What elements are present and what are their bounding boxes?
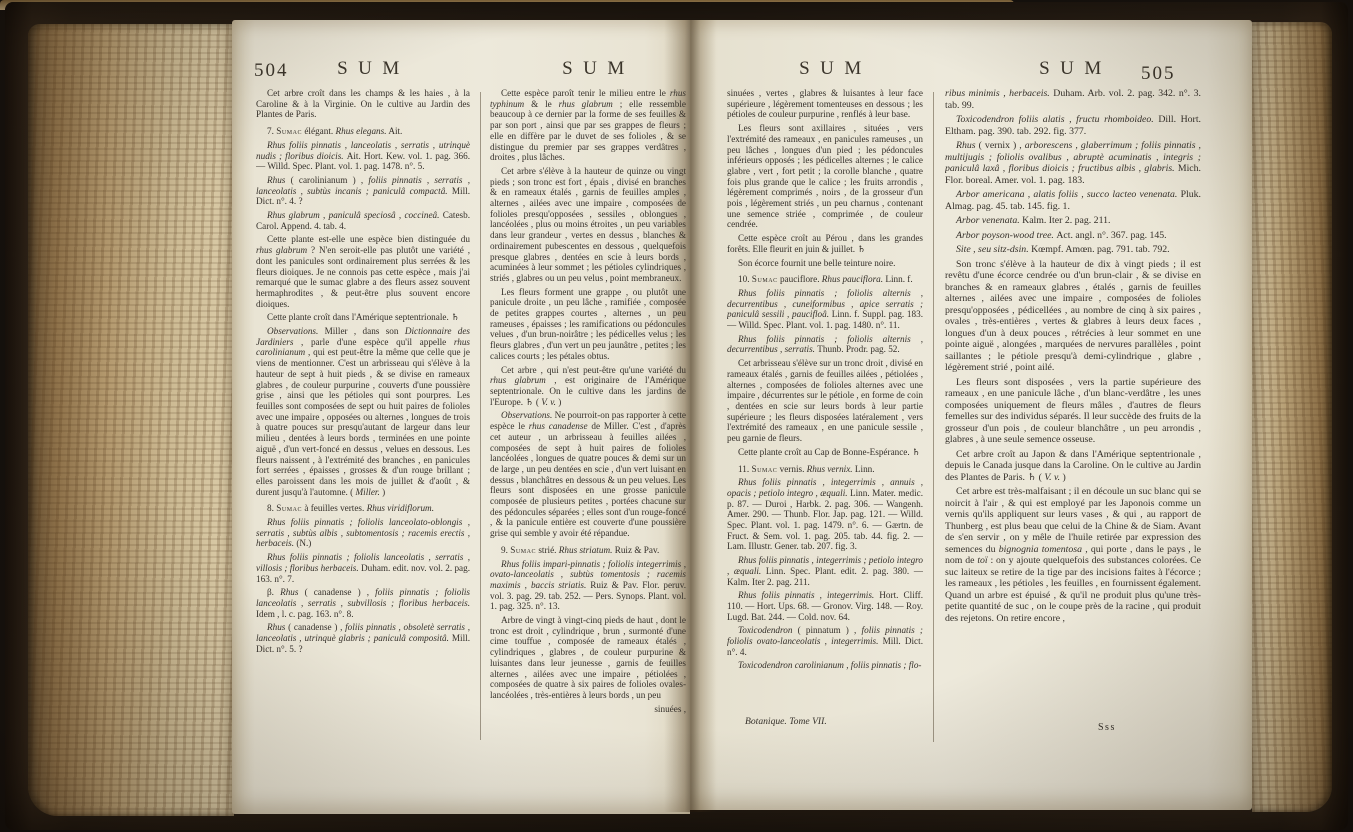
page-stack-left-fore-edge xyxy=(28,24,234,816)
text-run: Son écorce fournit une belle teinture no… xyxy=(738,258,895,268)
species-heading: 11. Sumac vernis. Rhus vernix. Linn. xyxy=(727,458,923,475)
text-run: ( pinnatum ) , xyxy=(798,625,862,635)
text-run: ( carolinianum ) , xyxy=(291,175,369,185)
text-run: , qui est peut-être la même que celle qu… xyxy=(256,347,470,496)
volume-footer: Botanique. Tome VII. xyxy=(745,716,827,727)
paragraph: Observations. Miller , dans son Dictionn… xyxy=(256,323,470,497)
gathering-signature: Sss xyxy=(1098,722,1116,733)
paragraph: Observations. Ne pourroit-on pas rapport… xyxy=(490,407,686,538)
text-run: Arbor poyson-wood tree. xyxy=(956,230,1056,241)
text-run: V. v. xyxy=(1044,472,1060,483)
running-head: SUM xyxy=(490,58,696,80)
paragraph: Son écorce fournit une belle teinture no… xyxy=(727,255,923,269)
text-run: 9. xyxy=(501,545,510,555)
text-run: Les fleurs forment une grappe , ou plutô… xyxy=(490,287,686,361)
text-run: Cette plante croît au Cap de Bonne-Espér… xyxy=(738,447,920,457)
paragraph: Les fleurs sont axillaires , situées , v… xyxy=(727,120,923,230)
text-run: Toxicodendron carolinianum , foliis pinn… xyxy=(738,660,922,670)
paragraph: Cet arbre est très-malfaisant ; il en dé… xyxy=(945,483,1201,624)
text-run: Arbor venenata. xyxy=(956,215,1022,226)
paragraph: Rhus ( vernix ) , arborescens , glaberri… xyxy=(945,137,1201,186)
text-run: Cet arbre s'élève à la hauteur de quinze… xyxy=(490,166,686,283)
paragraph: Cet arbre croît dans les champs & les ha… xyxy=(256,88,470,120)
text-run: Rhus vernix. xyxy=(807,464,853,474)
text-run: pauciflore. xyxy=(778,274,822,284)
species-heading: 7. Sumac élégant. Rhus elegans. Ait. xyxy=(256,120,470,137)
text-run: V. v. xyxy=(541,397,556,407)
text-run: Kalm. Iter 2. pag. 211. xyxy=(1022,215,1110,226)
text-run: Toxicodendron xyxy=(738,625,798,635)
paragraph: sinuées , vertes , glabres & luisantes à… xyxy=(727,88,923,120)
paragraph: Les fleurs sont disposées , vers la part… xyxy=(945,374,1201,446)
text-run: Linn. xyxy=(853,464,875,474)
text-run: Rhus striatum. xyxy=(559,545,613,555)
paragraph: Rhus foliis pinnatis , integerrimis. Hor… xyxy=(727,587,923,622)
paragraph: Rhus glabrum , paniculâ speciosâ , cocci… xyxy=(256,207,470,231)
text-run: Arbre de vingt à vingt-cinq pieds de hau… xyxy=(490,615,686,700)
text-run: Cet arbre croît dans les champs & les ha… xyxy=(256,88,470,119)
text-run: Ait. xyxy=(387,126,403,136)
text-run: à feuilles vertes. xyxy=(302,503,367,513)
text-run: 11. xyxy=(738,464,751,474)
paragraph: Toxicodendron carolinianum , foliis pinn… xyxy=(727,657,923,671)
text-run: Sumac xyxy=(751,464,777,474)
running-head: SUM xyxy=(727,58,933,80)
text-run: Les fleurs sont axillaires , situées , v… xyxy=(727,123,923,229)
paragraph: Arbor poyson-wood tree. Act. angl. n°. 3… xyxy=(945,227,1201,242)
text-run: Toxicodendron foliis alatis , fructu rho… xyxy=(956,114,1158,125)
text-run: , parle d'une espèce qu'il appelle xyxy=(293,337,453,347)
paragraph: Les fleurs forment une grappe , ou plutô… xyxy=(490,284,686,362)
text-run: 7. xyxy=(267,126,276,136)
text-run: Act. angl. n°. 367. pag. 145. xyxy=(1056,230,1166,241)
text-run: (N.) xyxy=(296,538,311,548)
text-run: strié. xyxy=(536,545,559,555)
text-run: de Miller. C'est , d'après cet auteur , … xyxy=(490,421,686,538)
paragraph: ribus minimis , herbaceis. Duham. Arb. v… xyxy=(945,88,1201,111)
text-run: Rhus viridiflorum. xyxy=(367,503,434,513)
text-run: Cette plante croît dans l'Amérique septe… xyxy=(267,312,459,322)
paragraph: Cet arbre s'élève à la hauteur de quinze… xyxy=(490,163,686,284)
book: 504 505 SUM SUM SUM SUM Cet arbre croît … xyxy=(0,0,1353,832)
paragraph: Arbre de vingt à vingt-cinq pieds de hau… xyxy=(490,612,686,701)
text-run: Rhus glabrum , paniculâ speciosâ , cocci… xyxy=(267,210,443,220)
paragraph: Toxicodendron foliis alatis , fructu rho… xyxy=(945,111,1201,137)
text-run: Miller , dans son xyxy=(318,326,405,336)
text-run: Idem , l. c. pag. 163. n°. 8. xyxy=(256,609,354,619)
paragraph: Rhus foliis pinnatis ; foliolis lanceola… xyxy=(256,514,470,549)
text-run: toï xyxy=(977,555,987,566)
paragraph: Cette plante est-elle une espèce bien di… xyxy=(256,231,470,309)
text-run: vernis. xyxy=(777,464,806,474)
paragraph: β. Rhus ( canadense ) , foliis pinnatis … xyxy=(256,584,470,619)
text-run: β. xyxy=(267,587,280,597)
text-run: ( canadense ) , xyxy=(288,622,345,632)
text-run: Site , seu sitz-dsin. xyxy=(956,244,1031,255)
paragraph: Arbor venenata. Kalm. Iter 2. pag. 211. xyxy=(945,212,1201,227)
text-run: Miller. xyxy=(356,487,380,497)
text-run: ) xyxy=(380,487,385,497)
text-run: Rhus pauciflora. xyxy=(822,274,883,284)
text-run: ( canadense ) , xyxy=(305,587,376,597)
text-run: Cette espèce paroît tenir le milieu entr… xyxy=(501,88,670,98)
text-run: sinuées , vertes , glabres & luisantes à… xyxy=(727,88,923,119)
text-run: Rhus foliis pinnatis ; foliolis lanceola… xyxy=(256,517,470,548)
running-head: SUM xyxy=(945,58,1195,80)
column-rule xyxy=(933,92,934,742)
paragraph: Rhus ( carolinianum ) , foliis pinnatis … xyxy=(256,172,470,207)
paragraph: Rhus foliis pinnatis ; foliolis alternis… xyxy=(727,285,923,331)
text-run: ) xyxy=(556,397,561,407)
text-run: Rhus xyxy=(267,622,288,632)
text-run: ribus minimis , herbaceis. xyxy=(945,88,1053,99)
text-run: Les fleurs sont disposées , vers la part… xyxy=(945,377,1201,446)
paragraph: Son tronc s'élève à la hauteur de dix à … xyxy=(945,256,1201,374)
text-run: Observations. xyxy=(267,326,318,336)
text-run: Rhus xyxy=(267,175,291,185)
text-run: Thunb. Prodr. pag. 52. xyxy=(817,344,899,354)
paragraph: Cette espèce croît au Pérou , dans les g… xyxy=(727,230,923,254)
text-run: Sumac xyxy=(752,274,778,284)
text-run: Observations. xyxy=(501,410,552,420)
text-run: Son tronc s'élève à la hauteur de dix à … xyxy=(945,259,1201,374)
species-heading: 8. Sumac à feuilles vertes. Rhus viridif… xyxy=(256,497,470,514)
text-run: Linn. f. xyxy=(883,274,913,284)
page-stack-right-fore-edge xyxy=(1252,22,1332,812)
text-run: & le xyxy=(524,99,558,109)
paragraph: Arbor americana , alatis foliis , succo … xyxy=(945,186,1201,212)
text-run: 10. xyxy=(738,274,752,284)
text-run: rhus glabrum xyxy=(559,99,613,109)
text-run: Rhus xyxy=(280,587,304,597)
paragraph: Rhus foliis pinnatis ; foliolis alternis… xyxy=(727,331,923,355)
paragraph: Cette plante croît dans l'Amérique septe… xyxy=(256,309,470,323)
species-heading: 10. Sumac pauciflore. Rhus pauciflora. L… xyxy=(727,268,923,285)
paragraph: Cet arbre croît au Japon & dans l'Amériq… xyxy=(945,446,1201,484)
text-column: Cet arbre croît dans les champs & les ha… xyxy=(256,88,470,740)
text-run: Cette espèce croît au Pérou , dans les g… xyxy=(727,233,923,254)
text-run: Sumac xyxy=(276,126,302,136)
paragraph: Rhus foliis pinnatis , integerrimis , an… xyxy=(727,474,923,552)
paragraph: Toxicodendron ( pinnatum ) , foliis pinn… xyxy=(727,622,923,657)
text-run: Sumac xyxy=(276,503,302,513)
text-run: Arbor americana , alatis foliis , succo … xyxy=(956,189,1181,200)
paragraph: Site , seu sitz-dsin. Kœmpf. Amœn. pag. … xyxy=(945,241,1201,256)
paragraph: Cet arbre , qui n'est peut-être qu'une v… xyxy=(490,362,686,408)
text-run: sinuées , xyxy=(654,704,686,714)
paragraph: Rhus foliis pinnatis ; foliolis lanceola… xyxy=(256,549,470,584)
text-run: Rhus elegans. xyxy=(335,126,386,136)
paragraph: Cet arbrisseau s'élève sur un tronc droi… xyxy=(727,355,923,444)
text-run: rhus glabrum xyxy=(490,375,546,385)
text-column: ribus minimis , herbaceis. Duham. Arb. v… xyxy=(945,88,1201,724)
paragraph: Rhus foliis pinnatis , integerrimis ; pe… xyxy=(727,552,923,587)
text-run: Cet arbre , qui n'est peut-être qu'une v… xyxy=(501,365,686,375)
species-heading: 9. Sumac strié. Rhus striatum. Ruiz & Pa… xyxy=(490,539,686,556)
text-run: Cette plante est-elle une espèce bien di… xyxy=(267,234,470,244)
text-column: Cette espèce paroît tenir le milieu entr… xyxy=(490,88,686,740)
paragraph: Cette plante croît au Cap de Bonne-Espér… xyxy=(727,444,923,458)
text-run: Kœmpf. Amœn. pag. 791. tab. 792. xyxy=(1031,244,1170,255)
text-run: Rhus foliis pinnatis , integerrimis. xyxy=(738,590,879,600)
text-run: Ruiz & Pav. xyxy=(612,545,659,555)
paragraph: sinuées , xyxy=(490,701,686,715)
text-run: Cet arbre croît au Japon & dans l'Amériq… xyxy=(945,449,1201,483)
paragraph: Rhus ( canadense ) , foliis pinnatis , o… xyxy=(256,619,470,654)
text-run: ( vernix ) , xyxy=(979,140,1025,151)
text-run: 8. xyxy=(267,503,276,513)
text-run: Sumac xyxy=(510,545,536,555)
column-rule xyxy=(480,92,481,740)
text-run: Cet arbrisseau s'élève sur un tronc droi… xyxy=(727,358,923,443)
text-column: sinuées , vertes , glabres & luisantes à… xyxy=(727,88,923,712)
paragraph: Cette espèce paroît tenir le milieu entr… xyxy=(490,88,686,163)
text-run: rhus canadense xyxy=(529,421,588,431)
text-run: bignognia tomentosa xyxy=(999,544,1082,555)
paragraph: Rhus foliis impari-pinnatis ; foliolis i… xyxy=(490,556,686,613)
text-run: élégant. xyxy=(302,126,335,136)
text-run: rhus glabrum xyxy=(256,245,307,255)
text-run: Rhus xyxy=(956,140,979,151)
text-run: ) xyxy=(1060,472,1066,483)
running-head: SUM xyxy=(256,58,480,80)
paragraph: Rhus foliis pinnatis , lanceolatis , ser… xyxy=(256,137,470,172)
